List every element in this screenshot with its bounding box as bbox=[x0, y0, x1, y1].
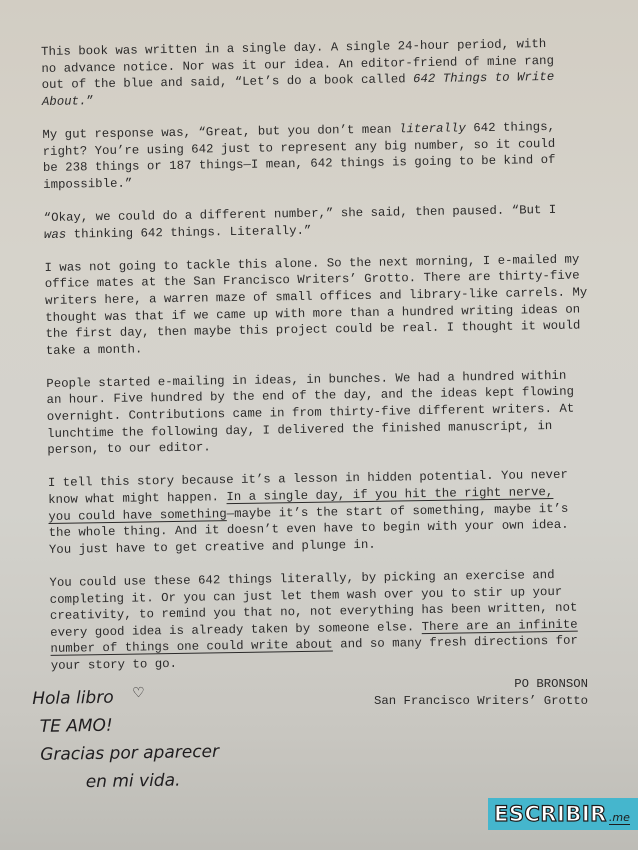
paragraph: People started e-mailing in ideas, in bu… bbox=[46, 367, 607, 459]
text-run: “Okay, we could do a different number,” … bbox=[44, 203, 557, 225]
author-affiliation: San Francisco Writers’ Grotto bbox=[374, 693, 588, 710]
heart-icon: ♡ bbox=[132, 679, 145, 707]
handwritten-line: Hola libro bbox=[32, 681, 269, 713]
paragraph: I tell this story because it’s a lesson … bbox=[48, 467, 609, 559]
paragraph: You could use these 642 things literally… bbox=[49, 566, 610, 674]
handwritten-line: en mi vida. bbox=[85, 765, 270, 796]
paragraph: “Okay, we could do a different number,” … bbox=[44, 201, 604, 243]
author-name: PO BRONSON bbox=[374, 676, 588, 693]
italic-phrase: literally bbox=[399, 121, 466, 136]
introduction-text: This book was written in a single day. A… bbox=[41, 35, 611, 691]
handwritten-note: ♡ Hola libro TE AMO! Gracias por aparece… bbox=[29, 681, 271, 797]
text-run: I was not going to tackle this alone. So… bbox=[44, 252, 587, 357]
signature-block: PO BRONSON San Francisco Writers’ Grotto bbox=[374, 676, 588, 709]
logo-text: ESCRIBIR bbox=[494, 802, 607, 826]
handwritten-line: TE AMO! bbox=[40, 709, 270, 741]
paragraph: This book was written in a single day. A… bbox=[41, 35, 602, 110]
text-run: thinking 642 things. Literally.” bbox=[66, 223, 311, 241]
text-run: People started e-mailing in ideas, in bu… bbox=[46, 369, 574, 458]
book-page: This book was written in a single day. A… bbox=[0, 0, 638, 850]
handwritten-line: Gracias por aparecer bbox=[40, 737, 270, 769]
logo-suffix: .me bbox=[609, 811, 630, 825]
text-run: ” bbox=[86, 94, 94, 108]
escribir-logo: ESCRIBIR .me bbox=[488, 798, 638, 830]
paragraph: My gut response was, “Great, but you don… bbox=[42, 118, 603, 193]
italic-phrase: was bbox=[44, 227, 67, 241]
paragraph: I was not going to tackle this alone. So… bbox=[44, 251, 605, 359]
